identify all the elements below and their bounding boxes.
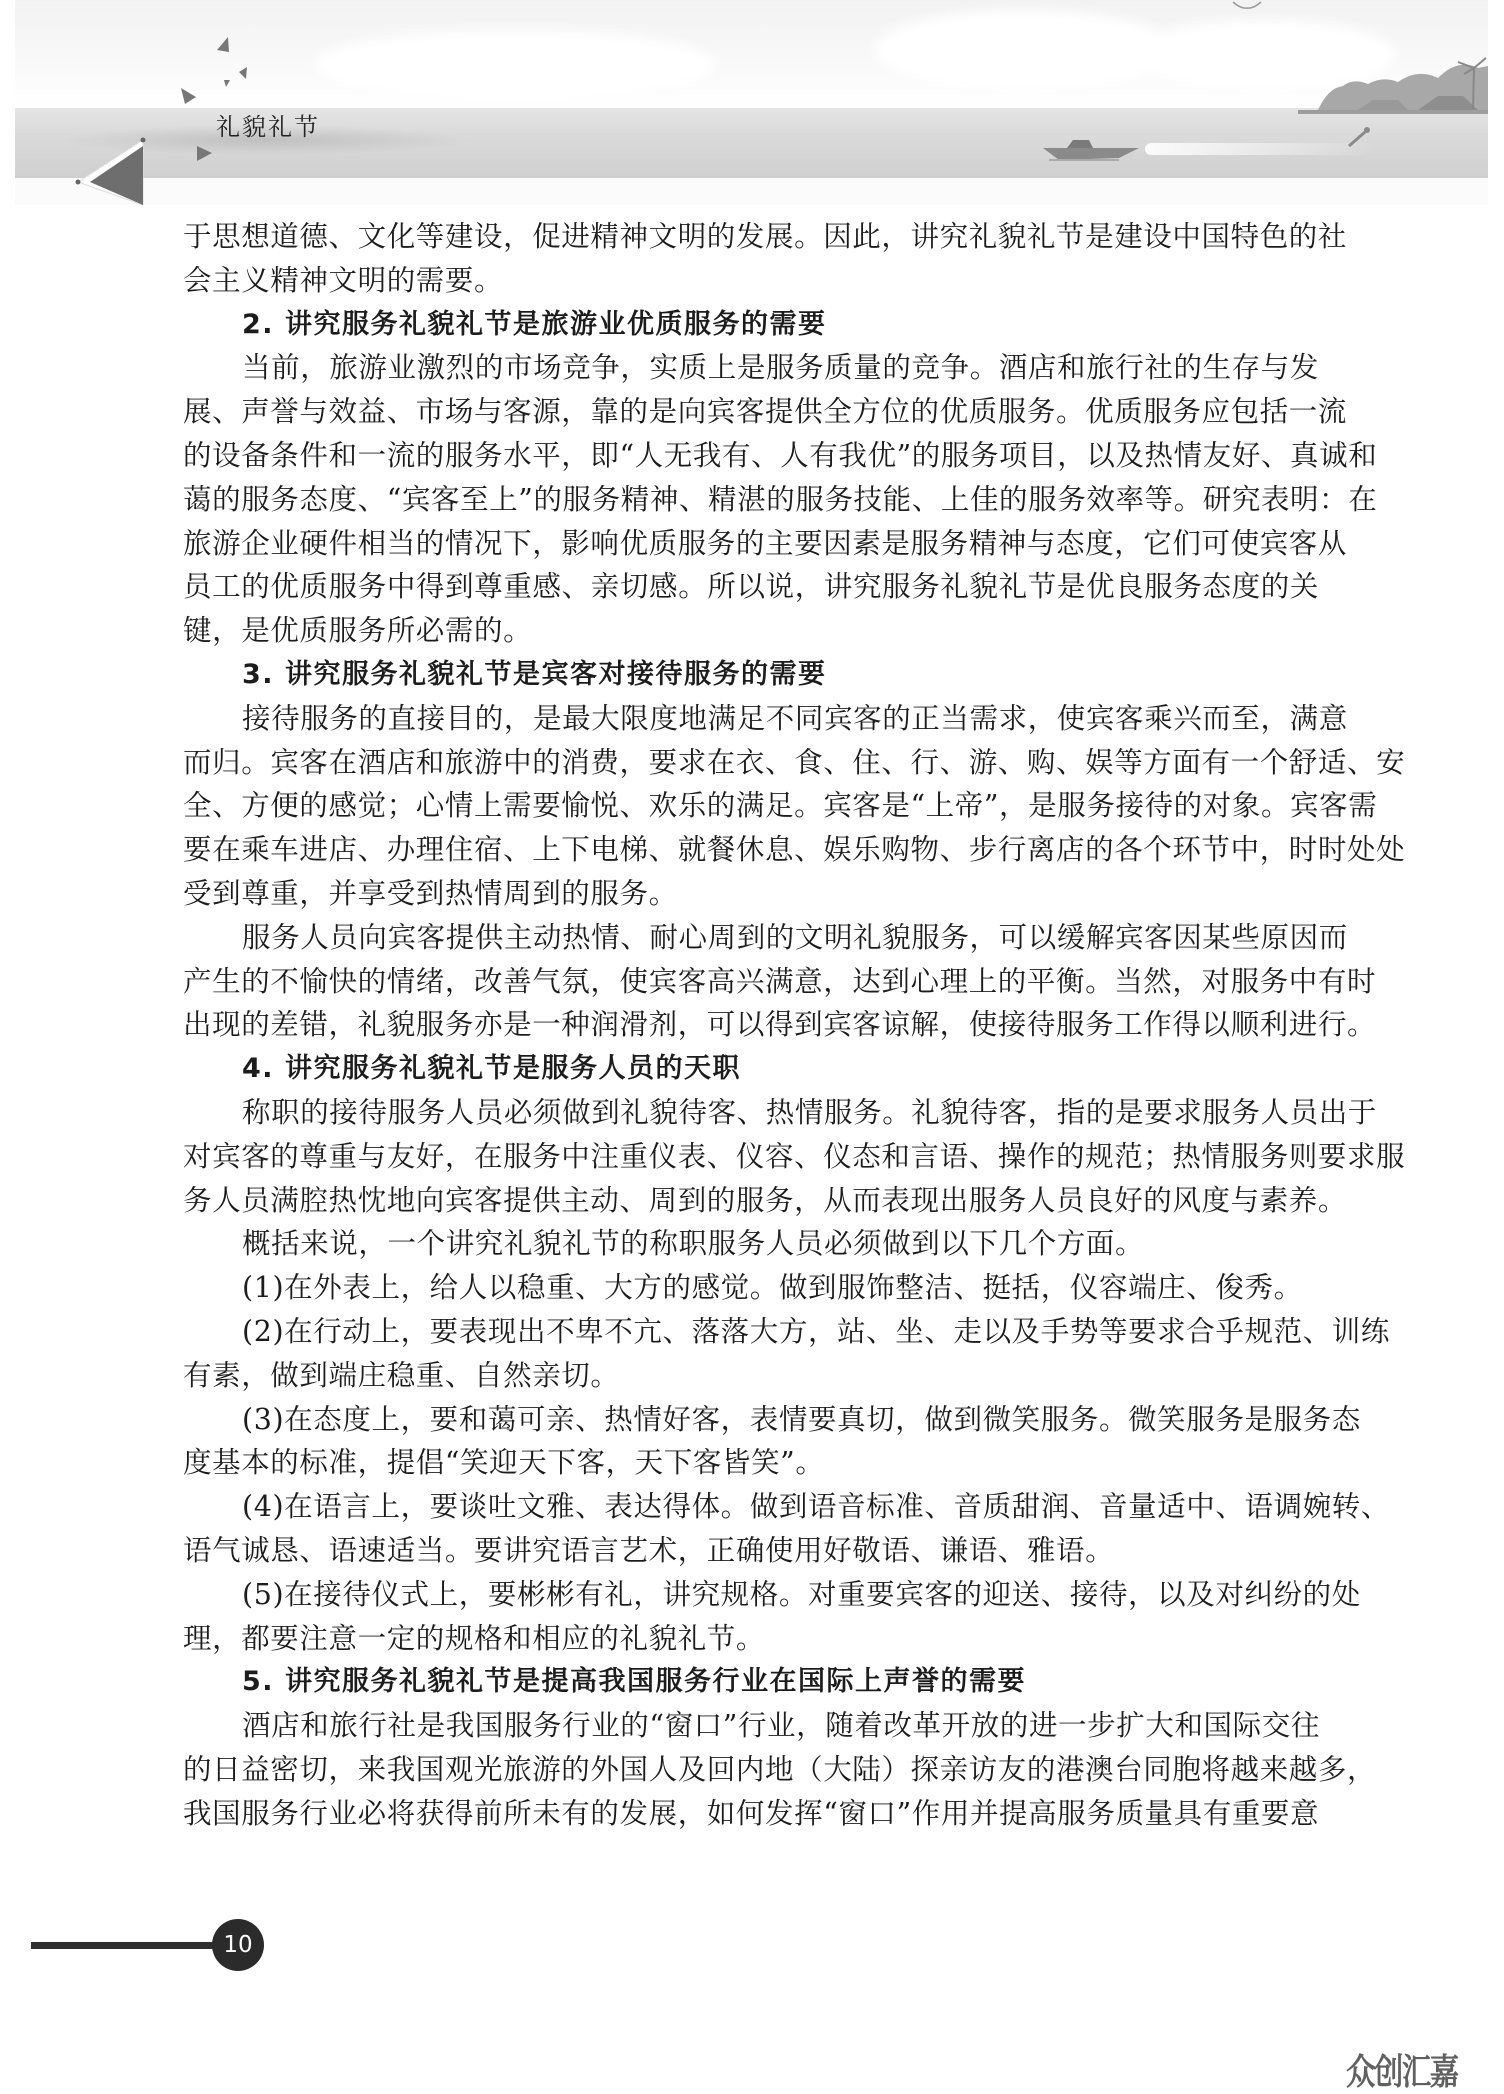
- text-line: 的设备条件和一流的服务水平，即“人无我有、人有我优”的服务项目，以及热情友好、真…: [183, 434, 1319, 478]
- text-line: 员工的优质服务中得到尊重感、亲切感。所以说，讲究服务礼貌礼节是优良服务态度的关: [183, 565, 1319, 609]
- text-line: 我国服务行业必将获得前所未有的发展，如何发挥“窗口”作用并提高服务质量具有重要意: [183, 1792, 1319, 1836]
- paragraph-last-line: 度基本的标准，提倡“笑迎天下客，天下客皆笑”。: [183, 1441, 1319, 1485]
- paragraph-last-line: 键，是优质服务所必需的。: [183, 609, 1319, 653]
- header-banner: 礼貌礼节: [15, 0, 1488, 205]
- palm-island-icon: [1298, 48, 1488, 114]
- paragraph-single-line: 概括来说，一个讲究礼貌礼节的称职服务人员必须做到以下几个方面。: [183, 1222, 1319, 1266]
- paragraph-last-line: 务人员满腔热忱地向宾客提供主动、周到的服务，从而表现出服务人员良好的风度与素养。: [183, 1179, 1319, 1223]
- paragraph-first-line: (2)在行动上，要表现出不卑不亢、落落大方，站、坐、走以及手势等要求合乎规范、训…: [183, 1310, 1319, 1354]
- cloud-decoration: [875, 10, 1175, 90]
- running-title: 礼貌礼节: [216, 112, 320, 142]
- page-number-badge: 10: [212, 1919, 264, 1971]
- section-heading: 5. 讲究服务礼貌礼节是提高我国服务行业在国际上声誉的需要: [183, 1660, 1319, 1704]
- paragraph-first-line: 酒店和旅行社是我国服务行业的“窗口”行业，随着改革开放的进一步扩大和国际交往: [183, 1704, 1319, 1748]
- triangle-decoration-icon: [64, 0, 264, 205]
- paragraph-last-line: 会主义精神文明的需要。: [183, 259, 1319, 303]
- page-body: 于思想道德、文化等建设，促进精神文明的发展。因此，讲究礼貌礼节是建设中国特色的社…: [183, 215, 1319, 1835]
- boat-wake: [1145, 143, 1375, 155]
- text-line: 要在乘车进店、办理住宿、上下电梯、就餐休息、娱乐购物、步行离店的各个环节中，时时…: [183, 828, 1319, 872]
- bird-icon: [1231, 0, 1263, 10]
- section-heading: 3. 讲究服务礼貌礼节是宾客对接待服务的需要: [183, 653, 1319, 697]
- text-line: 对宾客的尊重与友好，在服务中注重仪表、仪容、仪态和言语、操作的规范；热情服务则要…: [183, 1135, 1319, 1179]
- text-line: 而归。宾客在酒店和旅游中的消费，要求在衣、食、住、行、游、购、娱等方面有一个舒适…: [183, 741, 1319, 785]
- footer-rule: [31, 1942, 221, 1949]
- paragraph-first-line: 接待服务的直接目的，是最大限度地满足不同宾客的正当需求，使宾客乘兴而至，满意: [183, 697, 1319, 741]
- paragraph-last-line: 受到尊重，并享受到热情周到的服务。: [183, 872, 1319, 916]
- paragraph-first-line: (5)在接待仪式上，要彬彬有礼，讲究规格。对重要宾客的迎送、接待，以及对纠纷的处: [183, 1573, 1319, 1617]
- paragraph-last-line: 有素，做到端庄稳重、自然亲切。: [183, 1354, 1319, 1398]
- text-line: 出现的差错，礼貌服务亦是一种润滑剂，可以得到宾客谅解，使接待服务工作得以顺利进行…: [183, 1003, 1319, 1047]
- text-line: 全、方便的感觉；心情上需要愉悦、欢乐的满足。宾客是“上帝”，是服务接待的对象。宾…: [183, 784, 1319, 828]
- section-heading: 4. 讲究服务礼貌礼节是服务人员的天职: [183, 1047, 1319, 1091]
- water-skier-icon: [1345, 126, 1375, 148]
- text-line: 蔼的服务态度、“宾客至上”的服务精神、精湛的服务技能、上佳的服务效率等。研究表明…: [183, 478, 1319, 522]
- paragraph-last-line: 语气诚恳、语速适当。要讲究语言艺术，正确使用好敬语、谦语、雅语。: [183, 1529, 1319, 1573]
- paragraph-last-line: 理，都要注意一定的规格和相应的礼貌礼节。: [183, 1617, 1319, 1661]
- text-line: 于思想道德、文化等建设，促进精神文明的发展。因此，讲究礼貌礼节是建设中国特色的社: [183, 215, 1319, 259]
- watermark-logo: 众创汇嘉: [1346, 2052, 1458, 2094]
- paragraph-first-line: 称职的接待服务人员必须做到礼貌待客、热情服务。礼貌待客，指的是要求服务人员出于: [183, 1091, 1319, 1135]
- cloud-decoration: [315, 30, 715, 100]
- text-line: 旅游企业硬件相当的情况下，影响优质服务的主要因素是服务精神与态度，它们可使宾客从: [183, 522, 1319, 566]
- text-line: 产生的不愉快的情绪，改善气氛，使宾客高兴满意，达到心理上的平衡。当然，对服务中有…: [183, 960, 1319, 1004]
- paragraph-single-line: (1)在外表上，给人以稳重、大方的感觉。做到服饰整洁、挺括，仪容端庄、俊秀。: [183, 1266, 1319, 1310]
- paragraph-first-line: 服务人员向宾客提供主动热情、耐心周到的文明礼貌服务，可以缓解宾客因某些原因而: [183, 916, 1319, 960]
- speedboat-icon: [1039, 136, 1149, 164]
- text-line: 的日益密切，来我国观光旅游的外国人及回内地（大陆）探亲访友的港澳台同胞将越来越多…: [183, 1748, 1319, 1792]
- section-heading: 2. 讲究服务礼貌礼节是旅游业优质服务的需要: [183, 303, 1319, 347]
- paragraph-first-line: (3)在态度上，要和蔼可亲、热情好客，表情要真切，做到微笑服务。微笑服务是服务态: [183, 1398, 1319, 1442]
- paragraph-first-line: (4)在语言上，要谈吐文雅、表达得体。做到语音标准、音质甜润、音量适中、语调婉转…: [183, 1485, 1319, 1529]
- text-line: 展、声誉与效益、市场与客源，靠的是向宾客提供全方位的优质服务。优质服务应包括一流: [183, 390, 1319, 434]
- paragraph-first-line: 当前，旅游业激烈的市场竞争，实质上是服务质量的竞争。酒店和旅行社的生存与发: [183, 346, 1319, 390]
